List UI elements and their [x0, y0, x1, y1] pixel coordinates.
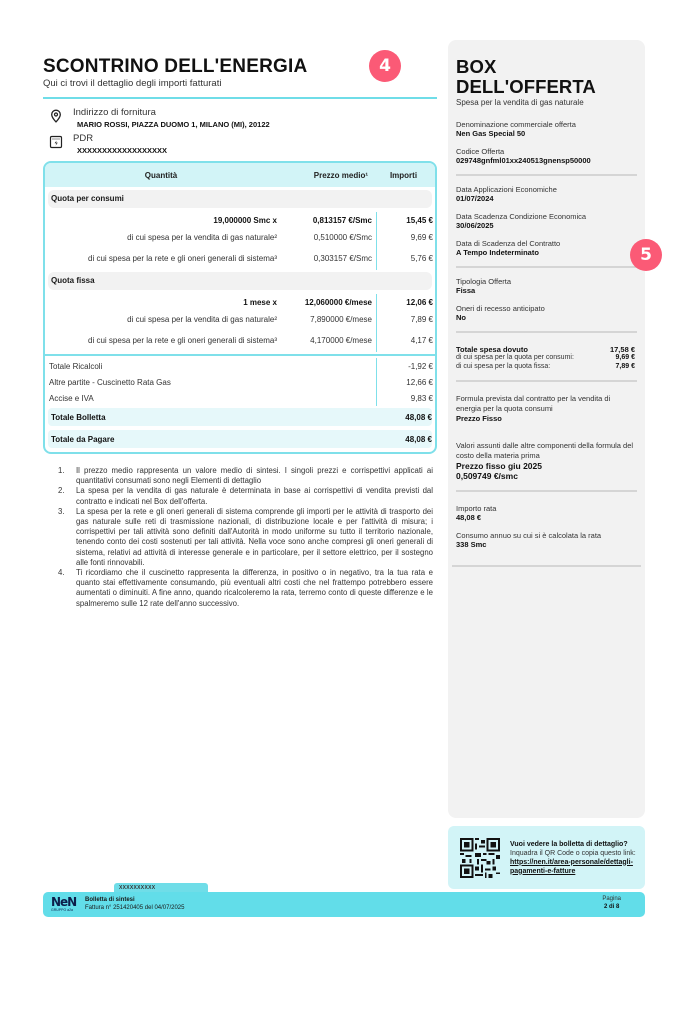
row-quantity: di cui spesa per la rete e gli oneri gen… — [45, 336, 281, 345]
summary-fixed-value: 7,89 € — [616, 363, 637, 372]
total-amount: 48,08 € — [374, 435, 432, 444]
qr-detail-box: Vuoi vedere la bolletta di dettaglio? In… — [448, 826, 645, 889]
qr-question: Vuoi vedere la bolletta di dettaglio? — [510, 840, 645, 849]
total-label: Totale Bolletta — [48, 413, 374, 422]
field-label: Data Applicazioni Economiche — [456, 185, 637, 194]
contract-expiry: Data di Scadenza del Contratto A Tempo I… — [456, 239, 637, 257]
field-label: Tipologia Offerta — [456, 277, 637, 286]
field-value: Fissa — [456, 286, 637, 295]
total-bill: Totale Bolletta 48,08 € — [48, 408, 432, 426]
step-badge-4: 4 — [369, 50, 401, 82]
table-row: di cui spesa per la vendita di gas natur… — [45, 229, 435, 246]
header-amounts: Importi — [372, 171, 435, 180]
row-price: 0,510000 €/Smc — [281, 229, 377, 246]
header-quantity: Quantità — [45, 171, 277, 180]
title-divider — [43, 97, 437, 99]
header-avg-price: Prezzo medio¹ — [277, 171, 372, 180]
footnote: 2. La spesa per la vendita di gas natura… — [58, 486, 433, 506]
row-price: 0,303157 €/Smc — [281, 246, 377, 270]
summary-total-value: 17,58 € — [610, 345, 637, 354]
table-row: Accise e IVA 9,83 € — [45, 390, 435, 406]
divider — [452, 565, 641, 567]
summary-total: Totale spesa dovuto 17,58 € — [456, 345, 637, 354]
table-row: di cui spesa per la vendita di gas natur… — [45, 311, 435, 328]
footnote-number: 1. — [58, 466, 76, 486]
field-value: No — [456, 313, 637, 322]
offer-box-title: BOX DELL'OFFERTA — [456, 57, 637, 97]
footer-bar: NeN GRUPPO a2a Bolletta di sintesi Fattu… — [43, 892, 645, 917]
table-row: di cui spesa per la rete e gli oneri gen… — [45, 246, 435, 270]
summary-consumption-value: 9,69 € — [616, 354, 637, 363]
section-fixed: Quota fissa — [48, 272, 432, 290]
footnote: 1. Il prezzo medio rappresenta un valore… — [58, 466, 433, 486]
row-amount: 12,66 € — [377, 378, 435, 387]
divider — [456, 266, 637, 268]
table-header: Quantità Prezzo medio¹ Importi — [45, 163, 435, 187]
divider — [456, 331, 637, 333]
economic-application-date: Data Applicazioni Economiche 01/07/2024 — [456, 185, 637, 203]
row-quantity: di cui spesa per la vendita di gas natur… — [45, 233, 281, 242]
summary-fixed: di cui spesa per la quota fissa: 7,89 € — [456, 363, 637, 372]
economic-condition-expiry: Data Scadenza Condizione Economica 30/06… — [456, 212, 637, 230]
pdr-label: PDR — [73, 133, 167, 145]
other-items: Totale Ricalcoli -1,92 € Altre partite -… — [45, 356, 435, 406]
row-label: Accise e IVA — [45, 390, 377, 406]
row-quantity: di cui spesa per la vendita di gas natur… — [45, 315, 281, 324]
field-value: 30/06/2025 — [456, 221, 637, 230]
footnote-text: Ti ricordiamo che il cuscinetto rapprese… — [76, 568, 433, 609]
row-amount: 9,83 € — [377, 394, 435, 403]
row-price: 4,170000 €/mese — [281, 328, 377, 352]
annual-consumption: Consumo annuo su cui si è calcolata la r… — [456, 531, 637, 549]
field-value: Nen Gas Special 50 — [456, 129, 637, 138]
row-amount: 12,06 € — [377, 298, 435, 307]
field-label: Oneri di recesso anticipato — [456, 304, 637, 313]
footnote-number: 2. — [58, 486, 76, 506]
detail-bill-link[interactable]: https://nen.it/area-personale/dettagli-p… — [510, 859, 633, 875]
divider — [456, 174, 637, 176]
field-label: Consumo annuo su cui si è calcolata la r… — [456, 531, 637, 540]
field-value: 0,509749 €/smc — [456, 471, 637, 481]
energy-receipt: SCONTRINO DELL'ENERGIA Qui ci trovi il d… — [43, 56, 437, 609]
field-label: Importo rata — [456, 504, 637, 513]
logo-text: NeN — [51, 897, 81, 908]
table-row: 19,000000 Smc x 0,813157 €/Smc 15,45 € — [45, 212, 435, 229]
row-label: Totale Ricalcoli — [45, 358, 377, 374]
pdr: PDR XXXXXXXXXXXXXXXXXX — [43, 133, 437, 156]
table-row: 1 mese x 12,060000 €/mese 12,06 € — [45, 294, 435, 311]
summary-total-label: Totale spesa dovuto — [456, 345, 528, 354]
footnote-text: La spesa per la vendita di gas naturale … — [76, 486, 433, 506]
supply-address-label: Indirizzo di fornitura — [73, 107, 270, 119]
meter-icon — [49, 135, 63, 149]
row-amount: 5,76 € — [377, 254, 435, 263]
pricing-formula: Formula prevista dal contratto per la ve… — [456, 394, 637, 423]
pdr-value: XXXXXXXXXXXXXXXXXX — [77, 145, 167, 156]
footnote: 3. La spesa per la rete e gli oneri gene… — [58, 507, 433, 568]
document-type: Bolletta di sintesi — [85, 897, 184, 905]
field-value: 48,08 € — [456, 513, 637, 522]
row-quantity: di cui spesa per la rete e gli oneri gen… — [45, 254, 281, 263]
row-quantity: 1 mese x — [45, 298, 281, 307]
row-amount: -1,92 € — [377, 362, 435, 371]
row-amount: 4,17 € — [377, 336, 435, 345]
logo-subtext: GRUPPO a2a — [51, 908, 81, 913]
footnote-number: 3. — [58, 507, 76, 568]
row-amount: 7,89 € — [377, 315, 435, 324]
summary-consumption-label: di cui spesa per la quota per consumi: — [456, 354, 574, 363]
row-price: 0,813157 €/Smc — [281, 212, 377, 229]
qr-instruction: Inquadra il QR Code o copia questo link: — [510, 850, 636, 857]
row-price: 7,890000 €/mese — [281, 311, 377, 328]
section-consumption: Quota per consumi — [48, 190, 432, 208]
summary-fixed-label: di cui spesa per la quota fissa: — [456, 363, 550, 372]
field-label: Codice Offerta — [456, 147, 637, 156]
offer-code: Codice Offerta 029748gnfml01xx240513gnen… — [456, 147, 637, 165]
invoice-info: Bolletta di sintesi Fattura n° 251420405… — [85, 897, 184, 912]
qr-instructions: Vuoi vedere la bolletta di dettaglio? In… — [510, 840, 645, 876]
offer-type: Tipologia Offerta Fissa — [456, 277, 637, 295]
page-label: Pagina — [602, 896, 621, 904]
installment-amount: Importo rata 48,08 € — [456, 504, 637, 522]
total-to-pay: Totale da Pagare 48,08 € — [48, 430, 432, 448]
divider — [456, 380, 637, 382]
divider — [456, 490, 637, 492]
field-value: Prezzo Fisso — [456, 414, 637, 423]
field-label: Formula prevista dal contratto per la ve… — [456, 394, 637, 414]
supply-address-value: MARIO ROSSI, PIAZZA DUOMO 1, MILANO (MI)… — [77, 119, 270, 130]
field-label: Denominazione commerciale offerta — [456, 120, 637, 129]
field-value: 01/07/2024 — [456, 194, 637, 203]
total-label: Totale da Pagare — [48, 435, 374, 444]
raw-material-components: Valori assunti dalle altre componenti de… — [456, 441, 637, 481]
summary-consumption: di cui spesa per la quota per consumi: 9… — [456, 354, 637, 363]
field-label: Data Scadenza Condizione Economica — [456, 212, 637, 221]
invoice-number: Fattura n° 251420405 del 04/07/2025 — [85, 905, 184, 913]
footnote-number: 4. — [58, 568, 76, 609]
total-amount: 48,08 € — [374, 413, 432, 422]
offer-name: Denominazione commerciale offerta Nen Ga… — [456, 120, 637, 138]
footnote-text: Il prezzo medio rappresenta un valore me… — [76, 466, 433, 486]
table-row: Totale Ricalcoli -1,92 € — [45, 358, 435, 374]
offer-box: BOX DELL'OFFERTA Spesa per la vendita di… — [448, 40, 645, 818]
location-pin-icon — [49, 109, 63, 123]
row-amount: 9,69 € — [377, 233, 435, 242]
field-value: Prezzo fisso giu 2025 — [456, 461, 637, 471]
row-amount: 15,45 € — [377, 216, 435, 225]
page-indicator: Pagina 2 di 8 — [602, 896, 621, 911]
field-label: Valori assunti dalle altre componenti de… — [456, 441, 637, 461]
table-row: di cui spesa per la rete e gli oneri gen… — [45, 328, 435, 352]
row-label: Altre partite - Cuscinetto Rata Gas — [45, 374, 377, 390]
row-price: 12,060000 €/mese — [281, 294, 377, 311]
table-row: Altre partite - Cuscinetto Rata Gas 12,6… — [45, 374, 435, 390]
row-quantity: 19,000000 Smc x — [45, 216, 281, 225]
charges-table: Quantità Prezzo medio¹ Importi Quota per… — [43, 161, 437, 454]
field-value: 029748gnfml01xx240513gnensp50000 — [456, 156, 637, 165]
footnote-text: La spesa per la rete e gli oneri general… — [76, 507, 433, 568]
field-value: A Tempo Indeterminato — [456, 248, 637, 257]
supply-address: Indirizzo di fornitura MARIO ROSSI, PIAZ… — [43, 107, 437, 130]
early-withdrawal-fees: Oneri di recesso anticipato No — [456, 304, 637, 322]
footnote: 4. Ti ricordiamo che il cuscinetto rappr… — [58, 568, 433, 609]
field-label: Data di Scadenza del Contratto — [456, 239, 637, 248]
step-badge-5: 5 — [630, 239, 662, 271]
qr-code-icon[interactable] — [460, 838, 500, 878]
fixed-rows: 1 mese x 12,060000 €/mese 12,06 € di cui… — [45, 290, 435, 354]
offer-box-subtitle: Spesa per la vendita di gas naturale — [456, 97, 637, 108]
page-value: 2 di 8 — [602, 904, 621, 912]
consumption-rows: 19,000000 Smc x 0,813157 €/Smc 15,45 € d… — [45, 208, 435, 272]
field-value: 338 Smc — [456, 540, 637, 549]
nen-logo: NeN GRUPPO a2a — [51, 897, 81, 913]
spending-summary: Totale spesa dovuto 17,58 € di cui spesa… — [456, 345, 637, 371]
footnotes: 1. Il prezzo medio rappresenta un valore… — [43, 466, 437, 609]
